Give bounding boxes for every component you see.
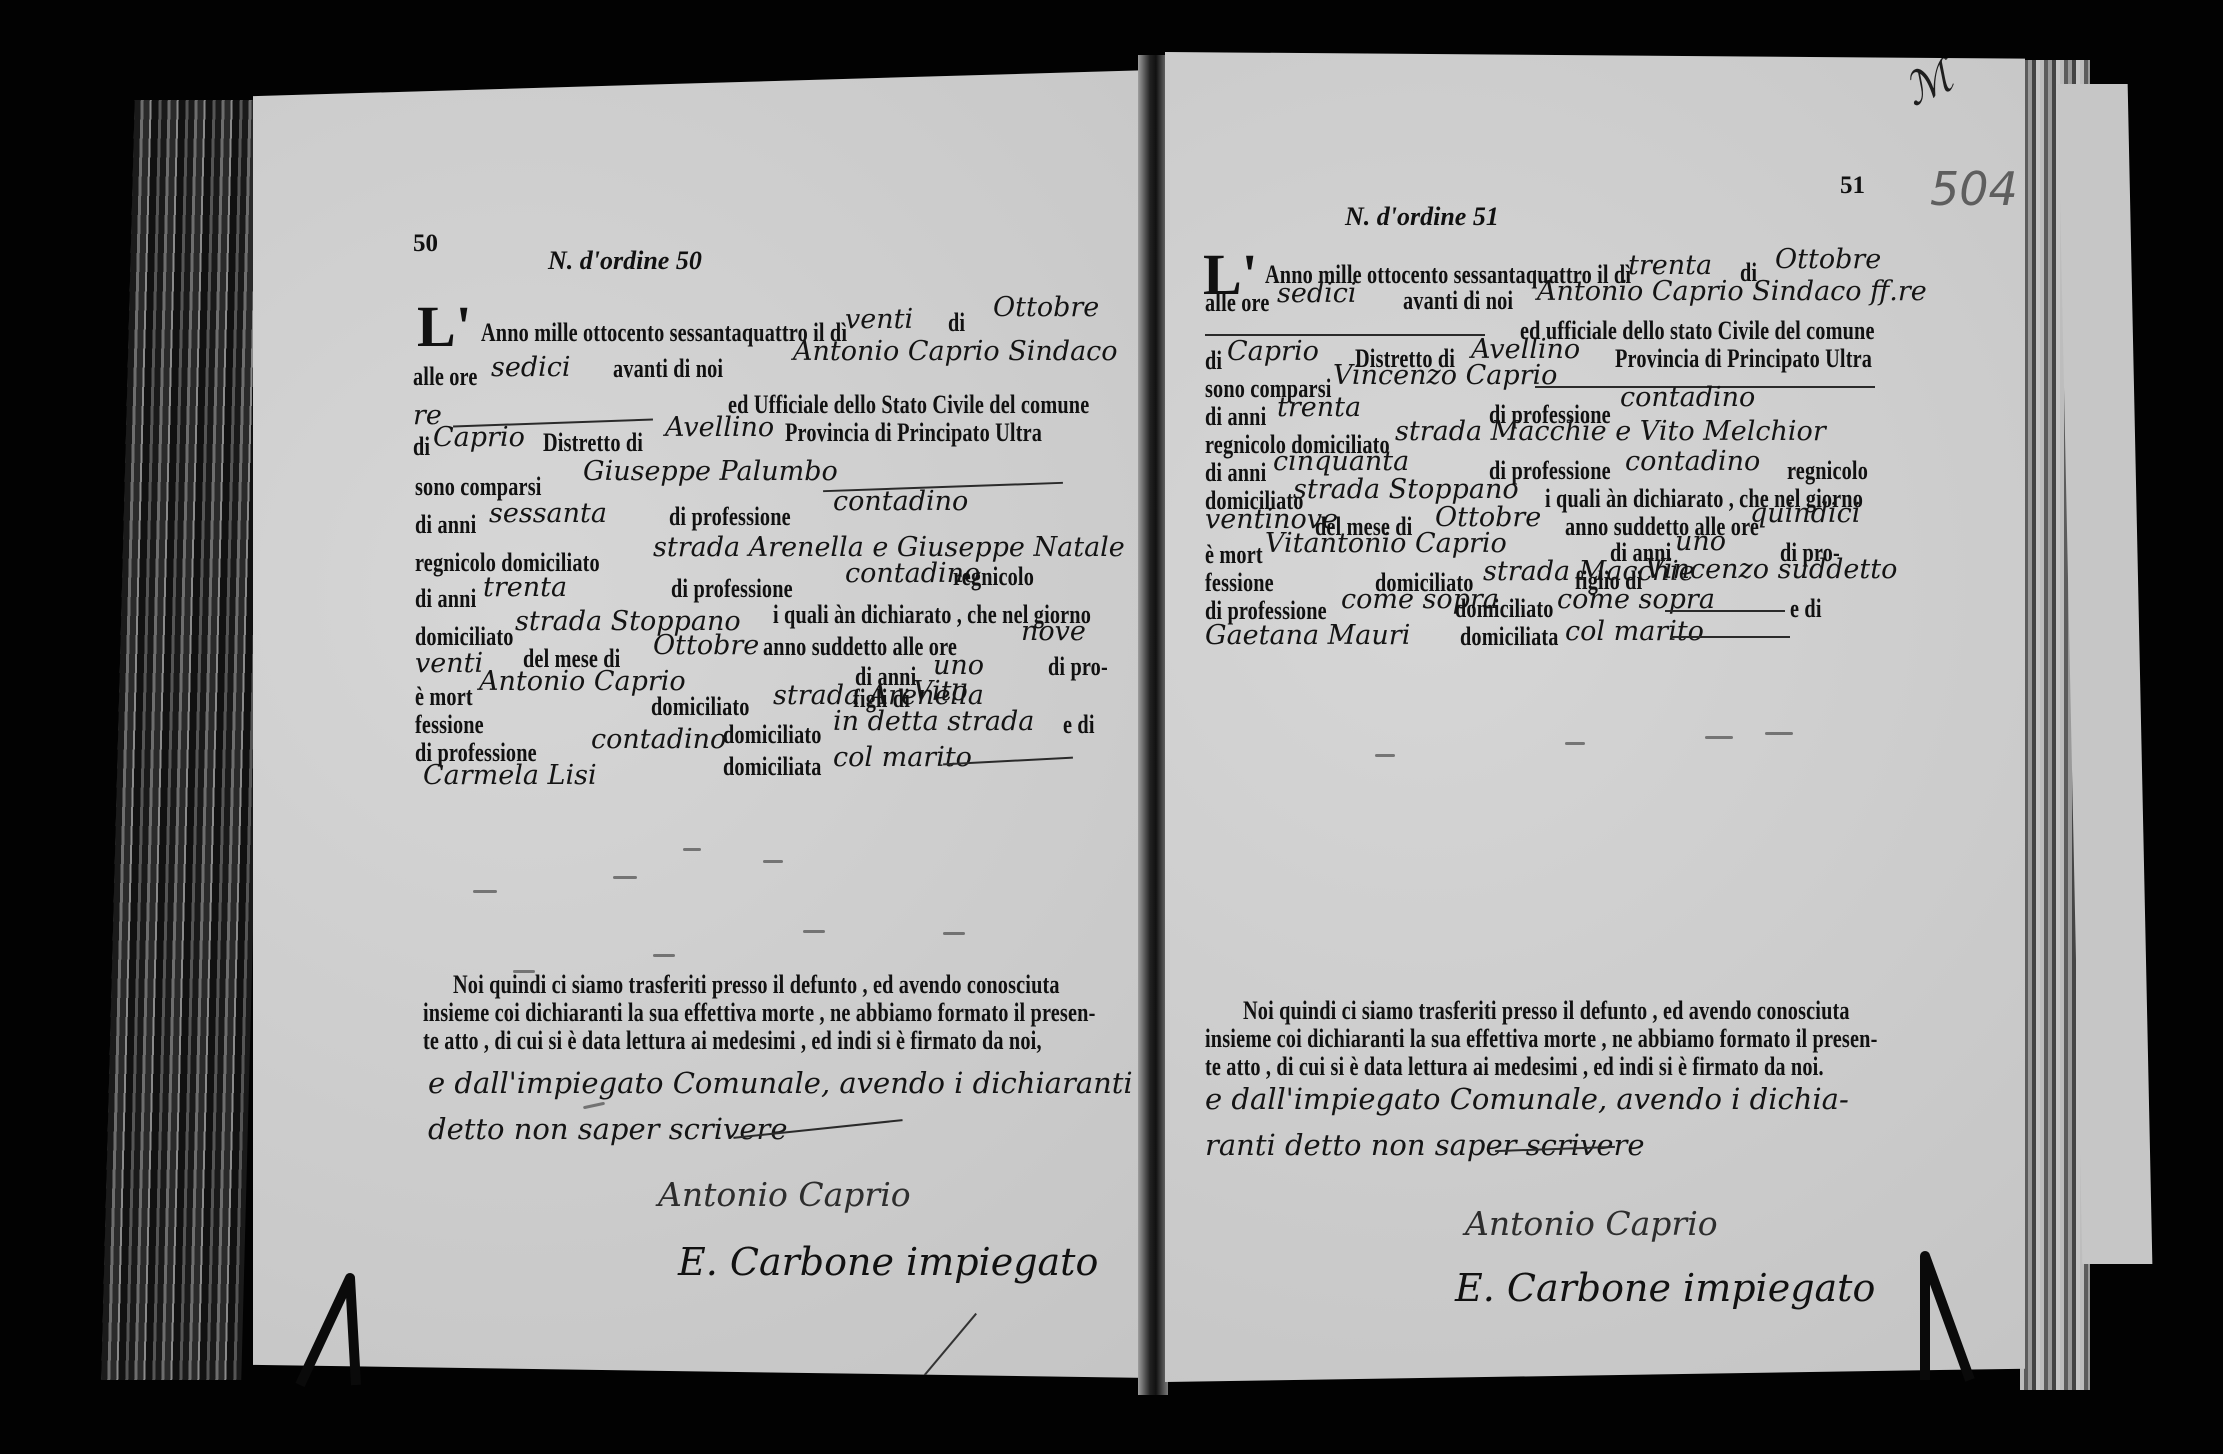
printed-text: di anni — [415, 584, 476, 614]
closing-handwritten-line: ranti detto non saper scrivere — [1205, 1128, 1645, 1162]
printed-text: ed Ufficiale dello Stato Civile del comu… — [728, 390, 1089, 420]
printed-text: fessione — [1205, 568, 1274, 598]
strike-dash — [1375, 754, 1395, 757]
page-number: 50 — [413, 230, 438, 258]
closing-handwritten-line: e dall'impiegato Comunale, avendo i dich… — [428, 1066, 1133, 1100]
strike-dash — [473, 890, 497, 893]
signature-sindaco: Antonio Caprio — [1465, 1204, 1718, 1243]
printed-text: regnicolo — [953, 562, 1034, 592]
page-clip-left — [290, 1270, 370, 1390]
handwritten-text: Gaetana Mauri — [1205, 620, 1410, 651]
closing-printed-line: insieme coi dichiaranti la sua effettiva… — [1205, 1024, 1877, 1054]
printed-text: di anni — [1205, 402, 1266, 432]
closing-printed-line: insieme coi dichiaranti la sua effettiva… — [423, 998, 1095, 1028]
printed-text: avanti di noi — [613, 354, 723, 384]
printed-text: alle ore — [1205, 288, 1270, 318]
handwritten-text: Caprio — [1227, 336, 1319, 367]
strike-dash — [683, 848, 701, 851]
record-number: N. d'ordine 50 — [548, 246, 702, 276]
pencil-folio: 504 — [1930, 162, 2018, 216]
strike-dash — [583, 1102, 605, 1110]
printed-text: domiciliato — [1455, 594, 1554, 624]
signature-impiegato: E. Carbone impiegato — [678, 1240, 1098, 1284]
handwritten-text: Ottobre — [1775, 244, 1881, 275]
page-clip-right — [1915, 1250, 2005, 1390]
printed-text: è mort — [415, 682, 473, 712]
page-number: 51 — [1840, 172, 1865, 200]
drop-cap: L' — [417, 298, 472, 356]
printed-text: Distretto di — [543, 428, 643, 458]
scanned-register: 50 N. d'ordine 50 L' Anno mille ottocent… — [0, 0, 2223, 1454]
handwritten-text: Avellino — [665, 412, 774, 443]
printed-text: domiciliata — [723, 752, 822, 782]
signature-sindaco: Antonio Caprio — [658, 1175, 911, 1214]
signature-impiegato: E. Carbone impiegato — [1455, 1266, 1875, 1310]
closing-printed-line: Noi quindi ci siamo trasferiti presso il… — [1243, 996, 1850, 1026]
left-page: 50 N. d'ordine 50 L' Anno mille ottocent… — [253, 70, 1153, 1378]
printed-text: Provincia di Principato Ultra — [785, 418, 1042, 448]
handwritten-text: venti — [845, 304, 913, 335]
printed-text: fessione — [415, 710, 484, 740]
handwritten-text: in detta strada — [833, 706, 1034, 737]
strike-dash — [1565, 742, 1585, 745]
handwritten-text: sessanta — [489, 498, 607, 529]
handwritten-text: strada Stoppano — [1293, 474, 1519, 505]
printed-text: Provincia di Principato Ultra — [1615, 344, 1872, 374]
handwritten-text: Vito — [913, 676, 968, 707]
closing-printed-line: Noi quindi ci siamo trasferiti presso il… — [453, 970, 1060, 1000]
handwritten-text: Antonio Caprio Sindaco — [793, 336, 1118, 367]
closing-handwritten-line: detto non saper scrivere — [428, 1112, 788, 1146]
handwritten-text: col marito — [833, 742, 972, 773]
printed-text: è mort — [1205, 540, 1263, 570]
handwritten-text: trenta — [483, 572, 567, 603]
printed-text: anno suddetto alle ore — [763, 632, 957, 662]
handwritten-text: cinquanta — [1273, 446, 1409, 477]
fill-line — [1670, 636, 1790, 638]
strike-dash — [653, 954, 675, 957]
printed-text: di — [948, 308, 965, 338]
record-number: N. d'ordine 51 — [1345, 202, 1499, 232]
strike-dash — [613, 876, 637, 879]
closing-printed-line: te atto , di cui si è data lettura ai me… — [423, 1026, 1042, 1056]
printed-text: di — [413, 432, 430, 462]
strike-dash — [1705, 736, 1733, 739]
closing-printed-line: te atto , di cui si è data lettura ai me… — [1205, 1052, 1824, 1082]
book-gutter — [1138, 55, 1168, 1395]
handwritten-text: Caprio — [433, 422, 525, 453]
handwritten-text: nove — [1021, 616, 1086, 647]
handwritten-text: uno — [1675, 526, 1726, 557]
handwritten-text: Giuseppe Palumbo — [583, 456, 838, 487]
right-page: ℳ 51 504 N. d'ordine 51 L' Anno mille ot… — [1165, 52, 2025, 1382]
fill-line — [1665, 610, 1785, 612]
closing-handwritten-line: e dall'impiegato Comunale, avendo i dich… — [1205, 1082, 1849, 1116]
handwritten-text: Carmela Lisi — [423, 760, 597, 791]
handwritten-text: trenta — [1277, 392, 1361, 423]
strike-dash — [943, 932, 965, 935]
handwritten-text: sedici — [1277, 278, 1357, 309]
handwritten-text: Ottobre — [653, 630, 759, 661]
handwritten-text: col marito — [1565, 616, 1704, 647]
printed-text: domiciliata — [1460, 622, 1559, 652]
printed-text: avanti di noi — [1403, 286, 1513, 316]
printed-text: di anni — [415, 510, 476, 540]
printed-text: di pro- — [1048, 652, 1108, 682]
strike-dash — [1765, 732, 1793, 735]
handwritten-text: strada Macchie e Vito Melchior — [1395, 416, 1826, 447]
handwritten-text: quindici — [1750, 498, 1860, 529]
printed-text: domiciliato — [723, 720, 822, 750]
handwritten-text: contadino — [591, 724, 726, 755]
handwritten-text: Antonio Caprio Sindaco ff.re — [1537, 276, 1927, 307]
handwritten-text: contadino — [833, 486, 968, 517]
printed-text: di anni — [1205, 458, 1266, 488]
printed-text: domiciliato — [651, 692, 750, 722]
strike-dash — [803, 930, 825, 933]
strike-dash — [763, 860, 783, 863]
ink-initials: ℳ — [1896, 50, 1960, 116]
handwritten-text: Vitantonio Caprio — [1265, 528, 1507, 559]
printed-text: alle ore — [413, 362, 478, 392]
handwritten-text: Vincenzo suddetto — [1645, 554, 1897, 585]
printed-text: di — [1205, 346, 1222, 376]
printed-text: e di — [1063, 710, 1095, 740]
handwritten-text: sedici — [491, 352, 571, 383]
handwritten-text: Vincenzo Caprio — [1333, 360, 1557, 391]
printed-text: e di — [1790, 594, 1822, 624]
printed-text: regnicolo — [1787, 456, 1868, 486]
printed-text: di professione — [669, 502, 791, 532]
handwritten-text: contadino — [1625, 446, 1760, 477]
handwritten-text: Ottobre — [993, 292, 1099, 323]
signature-flourish — [879, 1313, 977, 1429]
left-page-edges — [101, 100, 275, 1380]
handwritten-text: contadino — [1620, 382, 1755, 413]
handwritten-text: venti — [415, 648, 483, 679]
